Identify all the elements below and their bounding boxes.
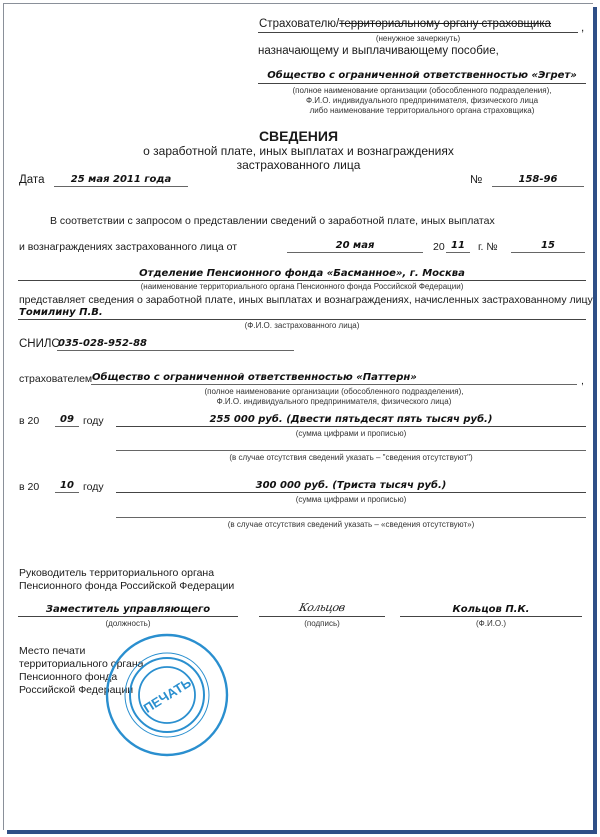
signature-caption: (подпись) (259, 619, 385, 628)
request-line-2-label: и вознаграждениях застрахованного лица о… (19, 241, 237, 253)
earnings-year-value: 10 (57, 480, 77, 491)
earnings-absent-underline (116, 450, 586, 451)
insurer-name-value: Общество с ограниченной ответственностью… (258, 70, 586, 81)
earnings-year-prefix: в 20 (19, 481, 39, 493)
statement-text: представляет сведения о заработной плате… (19, 294, 593, 306)
snils-label: СНИЛС (19, 338, 60, 350)
request-year-underline (446, 252, 470, 253)
request-number-value: 15 (511, 240, 585, 251)
document-title: СВЕДЕНИЯ (4, 128, 593, 144)
snils-underline (57, 350, 294, 351)
document-subtitle-1: о заработной плате, иных выплатах и возн… (4, 144, 593, 158)
date-value: 25 мая 2011 года (54, 174, 188, 185)
number-value: 158-96 (492, 174, 584, 185)
document-subtitle-2: застрахованного лица (4, 158, 593, 172)
request-date-value: 20 мая (287, 240, 423, 251)
request-line-1: В соответствии с запросом о представлени… (50, 215, 495, 227)
date-underline (54, 186, 188, 187)
earnings-amount-caption: (сумма цифрами и прописью) (116, 495, 586, 504)
signatory-name-value: Кольцов П.К. (400, 604, 582, 615)
earnings-absent-underline (116, 517, 586, 518)
signatory-heading-1: Руководитель территориального органа (19, 567, 214, 579)
document-page: Страхователю/территориальному органу стр… (3, 3, 593, 830)
earnings-amount-underline (116, 426, 586, 427)
earnings-absent-caption: (в случае отсутствия сведений указать – … (116, 520, 586, 529)
recipient-comma: , (581, 22, 584, 34)
insured-person-underline (18, 319, 586, 320)
recipient-line: Страхователю/территориальному органу стр… (259, 18, 551, 30)
signature-image: Кольцов (258, 601, 387, 614)
earnings-year-suffix: году (83, 481, 104, 493)
employer-comma: , (581, 375, 584, 387)
earnings-year-suffix: году (83, 415, 104, 427)
insurer-caption: (полное наименование организации (обособ… (258, 86, 586, 116)
insurer-caption-line: (полное наименование организации (обособ… (258, 86, 586, 96)
employer-name: Общество с ограниченной ответственностью… (92, 372, 417, 383)
recipient-caption: (ненужное зачеркнуть) (258, 34, 578, 43)
pension-office-name: Отделение Пенсионного фонда «Басманное»,… (18, 268, 586, 279)
earnings-amount-caption: (сумма цифрами и прописью) (116, 429, 586, 438)
signatory-position-underline (18, 616, 238, 617)
pension-office-caption: (наименование территориального органа Пе… (18, 282, 586, 291)
recipient-struck-text: территориальному органу страховщика (339, 18, 551, 30)
purpose-line: назначающему и выплачивающему пособие, (258, 45, 499, 57)
recipient-kept-text: Страхователю/ (259, 18, 339, 30)
number-underline (492, 186, 584, 187)
earnings-year-value: 09 (57, 414, 77, 425)
earnings-year-prefix: в 20 (19, 415, 39, 427)
employer-caption: (полное наименование организации (обособ… (154, 387, 514, 407)
employer-underline (91, 384, 577, 385)
earnings-amount-value: 300 000 руб. (Триста тысяч руб.) (116, 480, 586, 491)
earnings-amount-value: 255 000 руб. (Двести пятьдесят пять тыся… (116, 414, 586, 425)
employer-caption-line: Ф.И.О. индивидуального предпринимателя, … (154, 397, 514, 407)
recipient-underline (258, 32, 578, 33)
request-year-prefix: 20 (433, 241, 445, 253)
signatory-position-value: Заместитель управляющего (18, 604, 238, 615)
earnings-amount-underline (116, 492, 586, 493)
insurer-caption-line: либо наименование территориального орган… (258, 106, 586, 116)
request-number-underline (511, 252, 585, 253)
pension-office-underline (18, 280, 586, 281)
signatory-name-caption: (Ф.И.О.) (400, 619, 582, 628)
signatory-name-underline (400, 616, 582, 617)
request-year-value: 11 (446, 240, 470, 251)
insured-person-name: Томилину П.В. (19, 307, 103, 318)
earnings-year-underline (55, 492, 79, 493)
earnings-year-underline (55, 426, 79, 427)
earnings-absent-caption: (в случае отсутствия сведений указать – … (116, 453, 586, 462)
signature-underline (259, 616, 385, 617)
signatory-position-caption: (должность) (18, 619, 238, 628)
date-label: Дата (19, 174, 44, 186)
insurer-underline (258, 83, 586, 84)
number-label: № (470, 174, 482, 186)
signatory-heading-2: Пенсионного фонда Российской Федерации (19, 580, 234, 592)
employer-caption-line: (полное наименование организации (обособ… (154, 387, 514, 397)
request-date-underline (287, 252, 423, 253)
employer-label: страхователем (19, 373, 92, 385)
insured-person-caption: (Ф.И.О. застрахованного лица) (18, 321, 586, 330)
snils-value: 035-028-952-88 (58, 338, 147, 349)
stamp-text: ПЕЧАТЬ (141, 675, 194, 716)
request-number-label: г. № (478, 241, 498, 253)
insurer-caption-line: Ф.И.О. индивидуального предпринимателя, … (258, 96, 586, 106)
stamp-seal-icon: ПЕЧАТЬ (104, 632, 230, 758)
